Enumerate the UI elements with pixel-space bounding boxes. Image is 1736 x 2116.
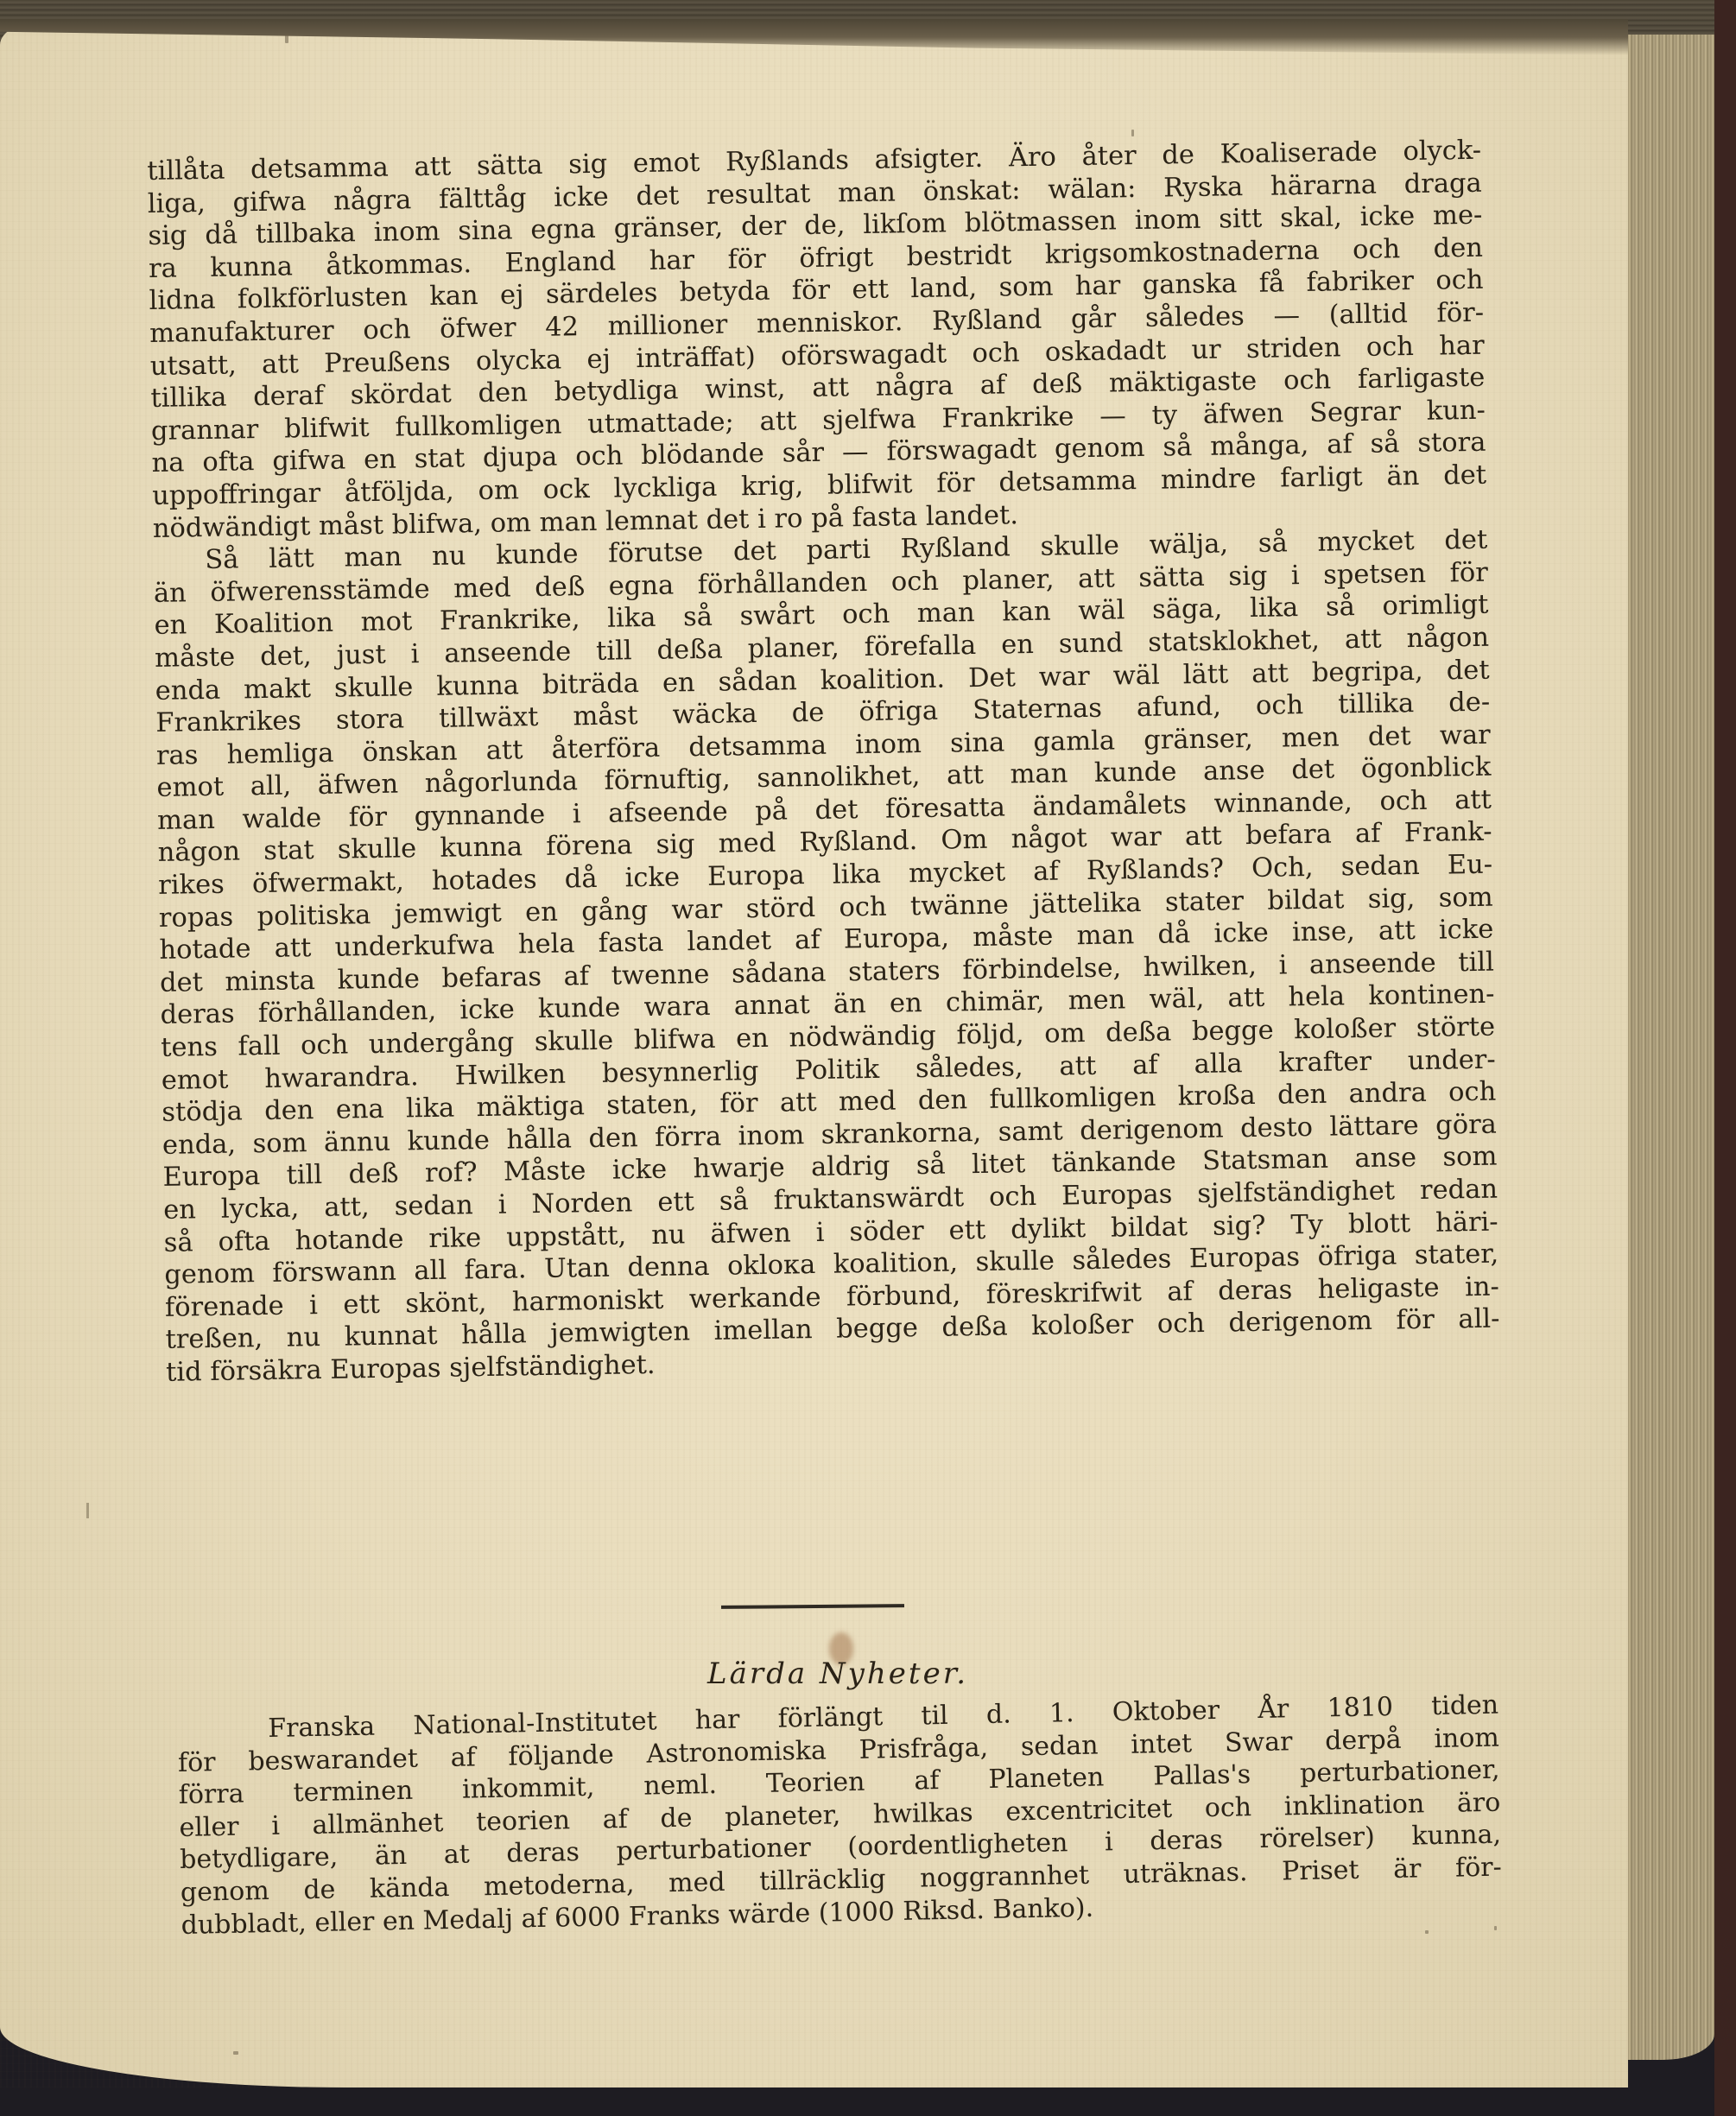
paper-speck <box>233 2051 238 2055</box>
section-heading: Lärda Nyheter. <box>665 1657 1011 1691</box>
article-politics: tillåta detsamma att sätta sig emot Ryßl… <box>147 135 1500 1390</box>
paper-speck <box>86 1503 89 1518</box>
paper-speck <box>1494 1926 1497 1930</box>
page-curl-shadow <box>0 19 1628 55</box>
article-learned-news: Franska National-Institutet har förlängt… <box>177 1689 1503 1942</box>
paper-speck <box>285 35 288 43</box>
book-cover-edge <box>1714 0 1736 2116</box>
paper-speck <box>1131 130 1134 136</box>
page-stack-edges <box>1619 35 1714 2060</box>
paper-speck <box>1425 1930 1429 1934</box>
